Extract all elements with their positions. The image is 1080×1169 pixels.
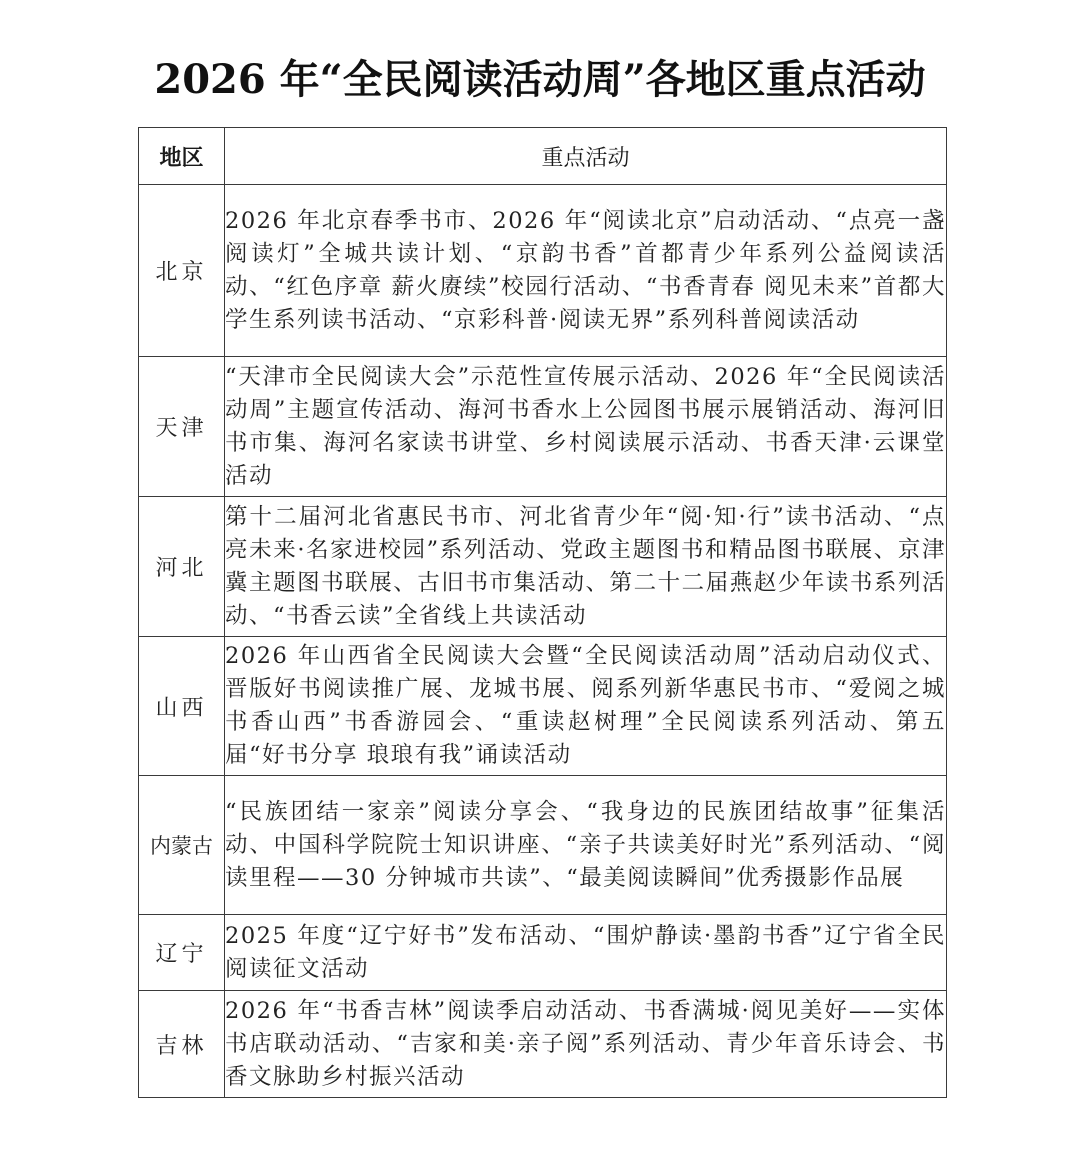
header-activities: 重点活动	[225, 128, 947, 185]
table-row-jilin: 吉林 2026 年“书香吉林”阅读季启动活动、书香满城·阅见美好——实体书店联动…	[139, 991, 947, 1098]
region-cell: 河北	[139, 497, 225, 637]
table-row-liaoning: 辽宁 2025 年度“辽宁好书”发布活动、“围炉静读·墨韵书香”辽宁省全民阅读征…	[139, 915, 947, 991]
table-row-tianjin: 天津 “天津市全民阅读大会”示范性宣传展示活动、2026 年“全民阅读活动周”主…	[139, 357, 947, 497]
table-row-shanxi: 山西 2026 年山西省全民阅读大会暨“全民阅读活动周”活动启动仪式、晋版好书阅…	[139, 637, 947, 776]
activities-cell: “天津市全民阅读大会”示范性宣传展示活动、2026 年“全民阅读活动周”主题宣传…	[225, 357, 947, 497]
activities-cell: 第十二届河北省惠民书市、河北省青少年“阅·知·行”读书活动、“点亮未来·名家进校…	[225, 497, 947, 637]
header-region: 地区	[139, 128, 225, 185]
region-cell: 山西	[139, 637, 225, 776]
document-title: 2026 年“全民阅读活动周”各地区重点活动	[0, 52, 1080, 108]
region-cell: 辽宁	[139, 915, 225, 991]
table-row-beijing: 北京 2026 年北京春季书市、2026 年“阅读北京”启动活动、“点亮一盏阅读…	[139, 185, 947, 357]
activities-cell: 2025 年度“辽宁好书”发布活动、“围炉静读·墨韵书香”辽宁省全民阅读征文活动	[225, 915, 947, 991]
activities-cell: 2026 年山西省全民阅读大会暨“全民阅读活动周”活动启动仪式、晋版好书阅读推广…	[225, 637, 947, 776]
activities-cell: 2026 年“书香吉林”阅读季启动活动、书香满城·阅见美好——实体书店联动活动、…	[225, 991, 947, 1098]
region-cell: 内蒙古	[139, 776, 225, 915]
table-row-inner-mongolia: 内蒙古 “民族团结一家亲”阅读分享会、“我身边的民族团结故事”征集活动、中国科学…	[139, 776, 947, 915]
activities-cell: “民族团结一家亲”阅读分享会、“我身边的民族团结故事”征集活动、中国科学院院士知…	[225, 776, 947, 915]
region-cell: 天津	[139, 357, 225, 497]
region-cell: 吉林	[139, 991, 225, 1098]
activities-table: 地区 重点活动 北京 2026 年北京春季书市、2026 年“阅读北京”启动活动…	[138, 127, 947, 1098]
region-cell: 北京	[139, 185, 225, 357]
table-row-hebei: 河北 第十二届河北省惠民书市、河北省青少年“阅·知·行”读书活动、“点亮未来·名…	[139, 497, 947, 637]
activities-cell: 2026 年北京春季书市、2026 年“阅读北京”启动活动、“点亮一盏阅读灯”全…	[225, 185, 947, 357]
table-header-row: 地区 重点活动	[139, 128, 947, 185]
